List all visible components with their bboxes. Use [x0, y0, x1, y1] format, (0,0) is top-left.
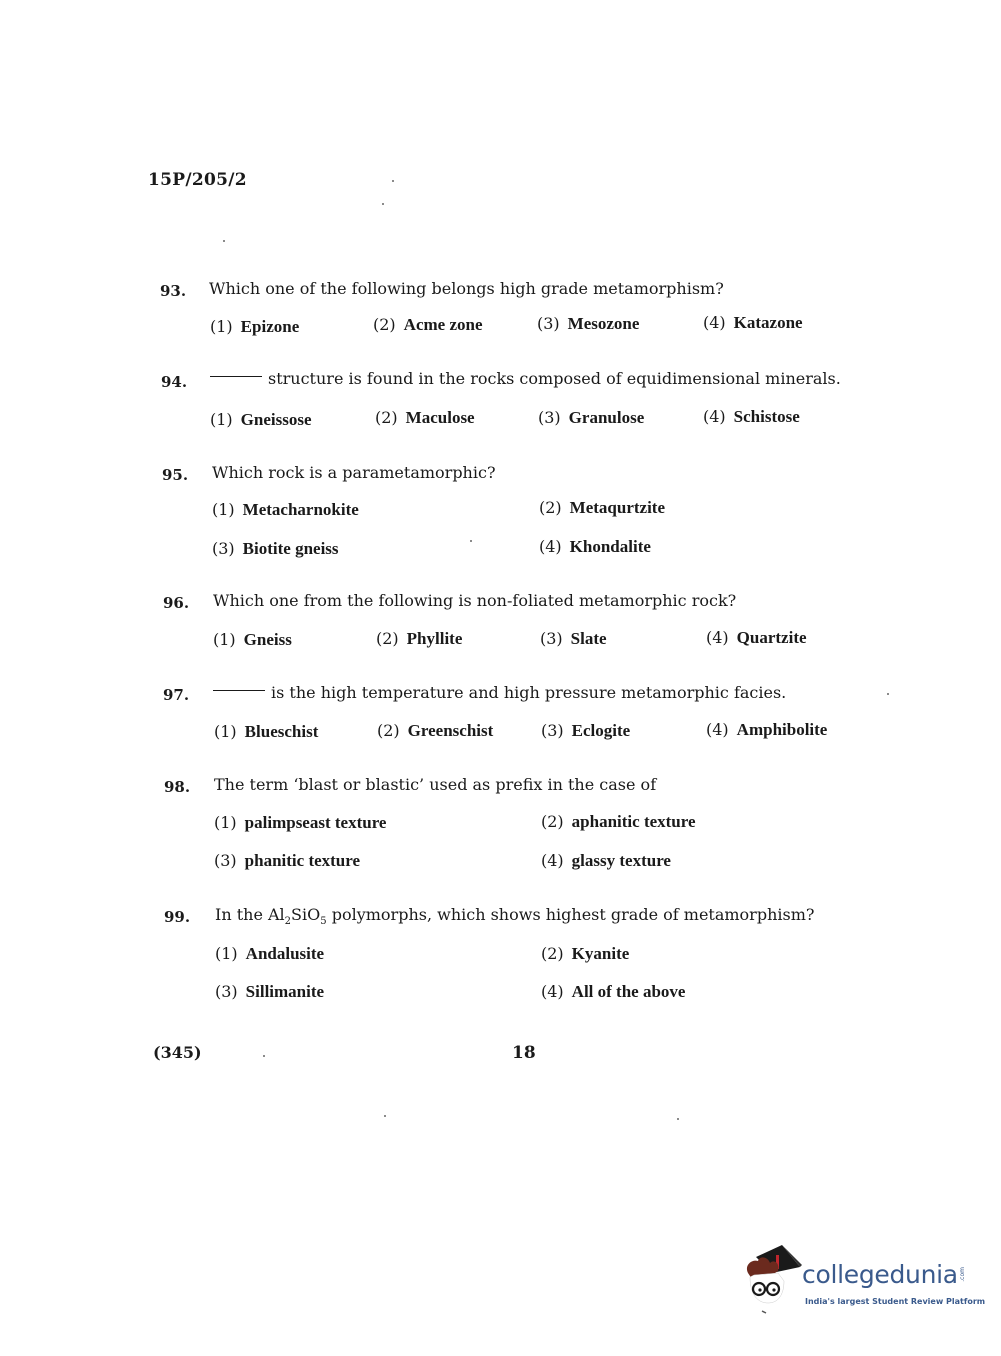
option-4: (4)Katazone: [703, 313, 803, 333]
question-number: 93.: [160, 282, 186, 300]
scan-speck: [677, 1118, 679, 1120]
scan-speck: [470, 540, 472, 542]
question-text: Which one of the following belongs high …: [209, 279, 724, 298]
question-number: 97.: [163, 686, 189, 704]
option-4: (4)Quartzite: [706, 628, 807, 648]
mascot-icon: [742, 1245, 804, 1315]
question-text: structure is found in the rocks composed…: [210, 369, 841, 388]
question-text: In the Al2SiO5 polymorphs, which shows h…: [215, 905, 814, 927]
brand-name: collegedunia: [802, 1260, 958, 1289]
option-2: (2)Metaqurtzite: [539, 498, 665, 518]
brand-domain: .com: [959, 1267, 966, 1282]
answer-blank: [213, 690, 265, 691]
option-3: (3)Mesozone: [537, 314, 639, 334]
option-2: (2)Kyanite: [541, 944, 629, 964]
option-2: (2)Phyllite: [376, 629, 462, 649]
page-number: 18: [512, 1043, 536, 1063]
option-1: (1)Metacharnokite: [212, 500, 359, 520]
option-3: (3)Sillimanite: [215, 982, 324, 1002]
brand-tagline: India's largest Student Review Platform: [805, 1297, 985, 1306]
option-2: (2)Maculose: [375, 408, 475, 428]
option-2: (2)Acme zone: [373, 315, 483, 335]
option-1: (1)Gneissose: [210, 410, 312, 430]
option-4: (4)Schistose: [703, 407, 800, 427]
option-3: (3)Slate: [540, 629, 607, 649]
question-number: 95.: [162, 466, 188, 484]
question-text: The term ‘blast or blastic’ used as pref…: [214, 775, 656, 794]
option-3: (3)Granulose: [538, 408, 644, 428]
question-text: Which rock is a parametamorphic?: [212, 463, 496, 482]
option-2: (2)Greenschist: [377, 721, 493, 741]
question-number: 96.: [163, 594, 189, 612]
booklet-code: (345): [153, 1043, 202, 1062]
option-3: (3)phanitic texture: [214, 851, 360, 871]
question-number: 98.: [164, 778, 190, 796]
scan-speck: [263, 1055, 265, 1057]
answer-blank: [210, 376, 262, 377]
option-3: (3)Eclogite: [541, 721, 630, 741]
option-4: (4)All of the above: [541, 982, 685, 1002]
option-4: (4)Amphibolite: [706, 720, 827, 740]
option-3: (3)Biotite gneiss: [212, 539, 339, 559]
scan-speck: [887, 693, 889, 695]
scan-speck: [223, 240, 225, 242]
option-4: (4)glassy texture: [541, 851, 671, 871]
option-1: (1)palimpseast texture: [214, 813, 386, 833]
scan-speck: [392, 180, 394, 182]
option-1: (1)Gneiss: [213, 630, 292, 650]
question-text: Which one from the following is non-foli…: [213, 591, 736, 610]
scan-speck: [384, 1115, 386, 1117]
question-number: 94.: [161, 373, 187, 391]
question-text: is the high temperature and high pressur…: [213, 683, 786, 702]
collegedunia-logo: collegedunia .com India's largest Studen…: [742, 1245, 972, 1320]
option-1: (1)Blueschist: [214, 722, 318, 742]
paper-code: 15P/205/2: [148, 170, 247, 190]
option-2: (2)aphanitic texture: [541, 812, 696, 832]
option-4: (4)Khondalite: [539, 537, 651, 557]
scan-speck: [382, 203, 384, 205]
question-number: 99.: [164, 908, 190, 926]
option-1: (1)Epizone: [210, 317, 299, 337]
option-1: (1)Andalusite: [215, 944, 324, 964]
